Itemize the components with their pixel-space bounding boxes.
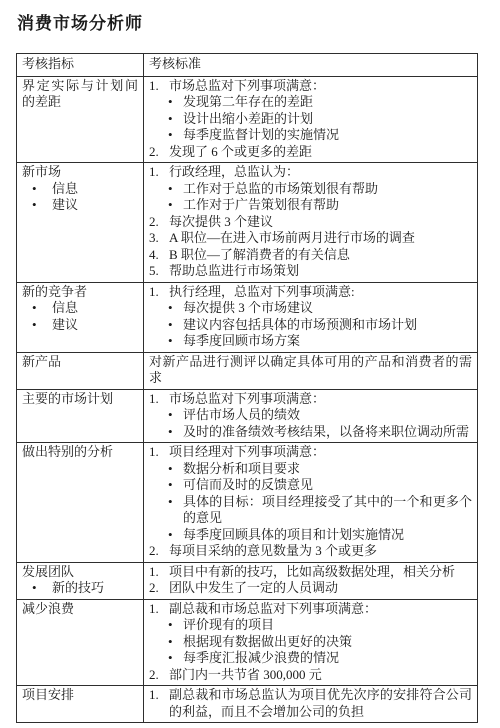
standard-text: 具体的目标：项目经理接受了其中的一个和更多个的意见 xyxy=(183,494,472,527)
standard-line: •评价现有的项目 xyxy=(168,617,472,634)
standard-line: 1.行政经理，总监认为： xyxy=(149,164,472,181)
standard-text: 对新产品进行测评以确定具体可用的产品和消费者的需求 xyxy=(149,354,472,387)
standard-text: 可信而及时的反馈意见 xyxy=(183,477,472,494)
item-number: 1. xyxy=(149,164,169,181)
indicator-text: 发展团队 xyxy=(22,564,138,581)
standard-line: •每季度回顾具体的项目和计划实施情况 xyxy=(168,527,472,544)
standard-line: 2.发现了 6 个或更多的差距 xyxy=(149,144,472,161)
table-row: 新的竞争者•信息•建议1.执行经理，总监对下列事项满意:•每次提供 3 个市场建… xyxy=(17,282,478,352)
standard-line: •每季度监督计划的实施情况 xyxy=(168,127,472,144)
indicator-text: 新市场 xyxy=(22,164,138,181)
table-header: 考核指标 考核标准 xyxy=(17,54,478,77)
indicator-text: 建议 xyxy=(52,197,138,214)
standard-text: 数据分析和项目要求 xyxy=(183,461,472,478)
standard-line: •具体的目标：项目经理接受了其中的一个和更多个的意见 xyxy=(168,494,472,527)
page-title: 消费市场分析师 xyxy=(17,9,500,34)
item-number: 1. xyxy=(149,78,169,95)
standard-text: 副总裁和市场总监对下列事项满意： xyxy=(169,601,472,618)
indicator-text: 新的竞争者 xyxy=(22,284,138,301)
table-body: 界定实际与计划间的差距1.市场总监对下列事项满意：•发现第二年存在的差距•设计出… xyxy=(17,76,478,723)
standard-text: 部门内一共节省 300,000 元 xyxy=(169,667,472,684)
bullet-icon: • xyxy=(168,127,183,144)
indicator-line: 主要的市场计划 xyxy=(22,391,138,408)
item-number: 1. xyxy=(149,687,169,720)
standard-text: 市场总监对下列事项满意： xyxy=(169,78,472,95)
standard-cell: 1.市场总监对下列事项满意：•发现第二年存在的差距•设计出缩小差距的计划•每季度… xyxy=(144,76,478,163)
standard-line: 1.执行经理，总监对下列事项满意: xyxy=(149,284,472,301)
standard-text: 每季度汇报减少浪费的情况 xyxy=(183,650,472,667)
table-row: 减少浪费1.副总裁和市场总监对下列事项满意：•评价现有的项目•根据现有数据做出更… xyxy=(17,599,478,686)
standard-line: 1.项目中有新的技巧，比如高级数据处理，相关分析 xyxy=(149,564,472,581)
table-row: 主要的市场计划1.市场总监对下列事项满意：•评估市场人员的绩效•及时的准备绩效考… xyxy=(17,389,478,443)
bullet-icon: • xyxy=(32,317,52,334)
indicator-text: 做出特别的分析 xyxy=(22,444,138,461)
table-row: 界定实际与计划间的差距1.市场总监对下列事项满意：•发现第二年存在的差距•设计出… xyxy=(17,76,478,163)
item-number: 3. xyxy=(149,230,169,247)
standard-line: 1.市场总监对下列事项满意： xyxy=(149,78,472,95)
indicator-line: •建议 xyxy=(32,197,138,214)
standard-line: 3.A 职位—在进入市场前两月进行市场的调查 xyxy=(149,230,472,247)
bullet-icon: • xyxy=(168,617,183,634)
standard-text: 发现了 6 个或更多的差距 xyxy=(169,144,472,161)
column-header-standard: 考核标准 xyxy=(144,54,478,77)
standard-text: 设计出缩小差距的计划 xyxy=(183,111,472,128)
bullet-icon: • xyxy=(32,580,52,597)
standard-text: B 职位—了解消费者的有关信息 xyxy=(169,247,472,264)
indicator-text: 界定实际与计划间的差距 xyxy=(22,78,138,111)
indicator-line: 新的竞争者 xyxy=(22,284,138,301)
bullet-icon: • xyxy=(168,407,183,424)
standard-line: 4.B 职位—了解消费者的有关信息 xyxy=(149,247,472,264)
indicator-line: 发展团队 xyxy=(22,564,138,581)
column-header-indicator: 考核指标 xyxy=(17,54,144,77)
standard-text: 每次提供 3 个市场建议 xyxy=(183,300,472,317)
standard-line: •每季度回顾市场方案 xyxy=(168,333,472,350)
standard-line: 对新产品进行测评以确定具体可用的产品和消费者的需求 xyxy=(149,354,472,387)
item-number: 2. xyxy=(149,580,169,597)
standard-text: 及时的准备绩效考核结果，以备将来职位调动所需 xyxy=(183,424,472,441)
standard-text: 每次提供 3 个建议 xyxy=(169,214,472,231)
indicator-cell: 主要的市场计划 xyxy=(17,389,144,443)
header-row: 考核指标 考核标准 xyxy=(17,54,478,77)
standard-line: 2.团队中发生了一定的人员调动 xyxy=(149,580,472,597)
indicator-text: 新产品 xyxy=(22,354,138,371)
standard-text: 市场总监对下列事项满意： xyxy=(169,391,472,408)
assessment-table: 考核指标 考核标准 界定实际与计划间的差距1.市场总监对下列事项满意：•发现第二… xyxy=(16,53,478,723)
standard-text: 评估市场人员的绩效 xyxy=(183,407,472,424)
indicator-text: 减少浪费 xyxy=(22,601,138,618)
bullet-icon: • xyxy=(168,94,183,111)
standard-text: 工作对于广告策划很有帮助 xyxy=(183,197,472,214)
standard-line: •每次提供 3 个市场建议 xyxy=(168,300,472,317)
standard-text: 每季度回顾市场方案 xyxy=(183,333,472,350)
standard-cell: 1.项目中有新的技巧，比如高级数据处理，相关分析2.团队中发生了一定的人员调动 xyxy=(144,562,478,599)
standard-line: •可信而及时的反馈意见 xyxy=(168,477,472,494)
table-row: 项目安排1.副总裁和市场总监认为项目优先次序的安排符合公司的利益，而且不会增加公… xyxy=(17,686,478,723)
bullet-icon: • xyxy=(168,181,183,198)
standard-text: 每季度回顾具体的项目和计划实施情况 xyxy=(183,527,472,544)
bullet-icon: • xyxy=(168,111,183,128)
standard-line: 1.市场总监对下列事项满意： xyxy=(149,391,472,408)
standard-line: 2.部门内一共节省 300,000 元 xyxy=(149,667,472,684)
bullet-icon: • xyxy=(168,461,183,478)
standard-line: •建议内容包括具体的市场预测和市场计划 xyxy=(168,317,472,334)
indicator-line: •新的技巧 xyxy=(32,580,138,597)
table-row: 新产品对新产品进行测评以确定具体可用的产品和消费者的需求 xyxy=(17,352,478,389)
indicator-text: 信息 xyxy=(52,181,138,198)
indicator-cell: 新市场•信息•建议 xyxy=(17,163,144,283)
standard-line: 2.每项目采纳的意见数量为 3 个或更多 xyxy=(149,543,472,560)
indicator-cell: 发展团队•新的技巧 xyxy=(17,562,144,599)
indicator-cell: 新的竞争者•信息•建议 xyxy=(17,282,144,352)
standard-line: 2.每次提供 3 个建议 xyxy=(149,214,472,231)
standard-text: 团队中发生了一定的人员调动 xyxy=(169,580,472,597)
standard-text: 帮助总监进行市场策划 xyxy=(169,263,472,280)
bullet-icon: • xyxy=(168,494,183,527)
indicator-text: 建议 xyxy=(52,317,138,334)
indicator-text: 新的技巧 xyxy=(52,580,138,597)
bullet-icon: • xyxy=(168,650,183,667)
document-page: { "title": "消费市场分析师", "colors": { "text"… xyxy=(0,0,500,728)
standard-line: •每季度汇报减少浪费的情况 xyxy=(168,650,472,667)
standard-cell: 1.副总裁和市场总监对下列事项满意：•评价现有的项目•根据现有数据做出更好的决策… xyxy=(144,599,478,686)
bullet-icon: • xyxy=(32,197,52,214)
bullet-icon: • xyxy=(168,317,183,334)
bullet-icon: • xyxy=(32,181,52,198)
indicator-cell: 做出特别的分析 xyxy=(17,443,144,563)
indicator-line: •建议 xyxy=(32,317,138,334)
standard-line: •数据分析和项目要求 xyxy=(168,461,472,478)
standard-text: 项目中有新的技巧，比如高级数据处理，相关分析 xyxy=(169,564,472,581)
standard-line: 1.副总裁和市场总监对下列事项满意： xyxy=(149,601,472,618)
standard-line: •工作对于总监的市场策划很有帮助 xyxy=(168,181,472,198)
indicator-text: 信息 xyxy=(52,300,138,317)
standard-cell: 1.行政经理，总监认为：•工作对于总监的市场策划很有帮助•工作对于广告策划很有帮… xyxy=(144,163,478,283)
indicator-cell: 界定实际与计划间的差距 xyxy=(17,76,144,163)
bullet-icon: • xyxy=(168,300,183,317)
bullet-icon: • xyxy=(168,424,183,441)
indicator-text: 主要的市场计划 xyxy=(22,391,138,408)
item-number: 1. xyxy=(149,444,169,461)
indicator-line: 做出特别的分析 xyxy=(22,444,138,461)
bullet-icon: • xyxy=(32,300,52,317)
standard-text: 建议内容包括具体的市场预测和市场计划 xyxy=(183,317,472,334)
bullet-icon: • xyxy=(168,333,183,350)
item-number: 1. xyxy=(149,601,169,618)
item-number: 2. xyxy=(149,214,169,231)
bullet-icon: • xyxy=(168,634,183,651)
standard-text: 副总裁和市场总监认为项目优先次序的安排符合公司的利益，而且不会增加公司的负担 xyxy=(169,687,472,720)
standard-text: 发现第二年存在的差距 xyxy=(183,94,472,111)
standard-line: 1.项目经理对下列事项满意： xyxy=(149,444,472,461)
standard-text: 每项目采纳的意见数量为 3 个或更多 xyxy=(169,543,472,560)
standard-cell: 1.市场总监对下列事项满意：•评估市场人员的绩效•及时的准备绩效考核结果，以备将… xyxy=(144,389,478,443)
item-number: 2. xyxy=(149,144,169,161)
standard-cell: 对新产品进行测评以确定具体可用的产品和消费者的需求 xyxy=(144,352,478,389)
standard-line: •评估市场人员的绩效 xyxy=(168,407,472,424)
standard-text: 评价现有的项目 xyxy=(183,617,472,634)
standard-line: 5.帮助总监进行市场策划 xyxy=(149,263,472,280)
standard-text: 执行经理，总监对下列事项满意: xyxy=(169,284,472,301)
standard-text: 项目经理对下列事项满意： xyxy=(169,444,472,461)
item-number: 2. xyxy=(149,667,169,684)
indicator-line: 界定实际与计划间的差距 xyxy=(22,78,138,111)
item-number: 2. xyxy=(149,543,169,560)
standard-line: •工作对于广告策划很有帮助 xyxy=(168,197,472,214)
indicator-line: •信息 xyxy=(32,181,138,198)
bullet-icon: • xyxy=(168,527,183,544)
table-row: 发展团队•新的技巧1.项目中有新的技巧，比如高级数据处理，相关分析2.团队中发生… xyxy=(17,562,478,599)
indicator-text: 项目安排 xyxy=(22,687,138,704)
standard-text: 根据现有数据做出更好的决策 xyxy=(183,634,472,651)
item-number: 5. xyxy=(149,263,169,280)
indicator-line: 新市场 xyxy=(22,164,138,181)
standard-text: 工作对于总监的市场策划很有帮助 xyxy=(183,181,472,198)
standard-cell: 1.副总裁和市场总监认为项目优先次序的安排符合公司的利益，而且不会增加公司的负担 xyxy=(144,686,478,723)
indicator-line: 项目安排 xyxy=(22,687,138,704)
indicator-line: •信息 xyxy=(32,300,138,317)
indicator-line: 减少浪费 xyxy=(22,601,138,618)
standard-cell: 1.执行经理，总监对下列事项满意:•每次提供 3 个市场建议•建议内容包括具体的… xyxy=(144,282,478,352)
table-row: 做出特别的分析1.项目经理对下列事项满意：•数据分析和项目要求•可信而及时的反馈… xyxy=(17,443,478,563)
standard-text: 行政经理，总监认为： xyxy=(169,164,472,181)
standard-line: •设计出缩小差距的计划 xyxy=(168,111,472,128)
indicator-cell: 减少浪费 xyxy=(17,599,144,686)
standard-line: •及时的准备绩效考核结果，以备将来职位调动所需 xyxy=(168,424,472,441)
standard-line: •发现第二年存在的差距 xyxy=(168,94,472,111)
standard-text: 每季度监督计划的实施情况 xyxy=(183,127,472,144)
item-number: 4. xyxy=(149,247,169,264)
item-number: 1. xyxy=(149,391,169,408)
standard-line: 1.副总裁和市场总监认为项目优先次序的安排符合公司的利益，而且不会增加公司的负担 xyxy=(149,687,472,720)
indicator-cell: 新产品 xyxy=(17,352,144,389)
indicator-cell: 项目安排 xyxy=(17,686,144,723)
standard-line: •根据现有数据做出更好的决策 xyxy=(168,634,472,651)
bullet-icon: • xyxy=(168,477,183,494)
standard-text: A 职位—在进入市场前两月进行市场的调查 xyxy=(169,230,472,247)
standard-cell: 1.项目经理对下列事项满意：•数据分析和项目要求•可信而及时的反馈意见•具体的目… xyxy=(144,443,478,563)
bullet-icon: • xyxy=(168,197,183,214)
table-row: 新市场•信息•建议1.行政经理，总监认为：•工作对于总监的市场策划很有帮助•工作… xyxy=(17,163,478,283)
item-number: 1. xyxy=(149,284,169,301)
item-number: 1. xyxy=(149,564,169,581)
indicator-line: 新产品 xyxy=(22,354,138,371)
